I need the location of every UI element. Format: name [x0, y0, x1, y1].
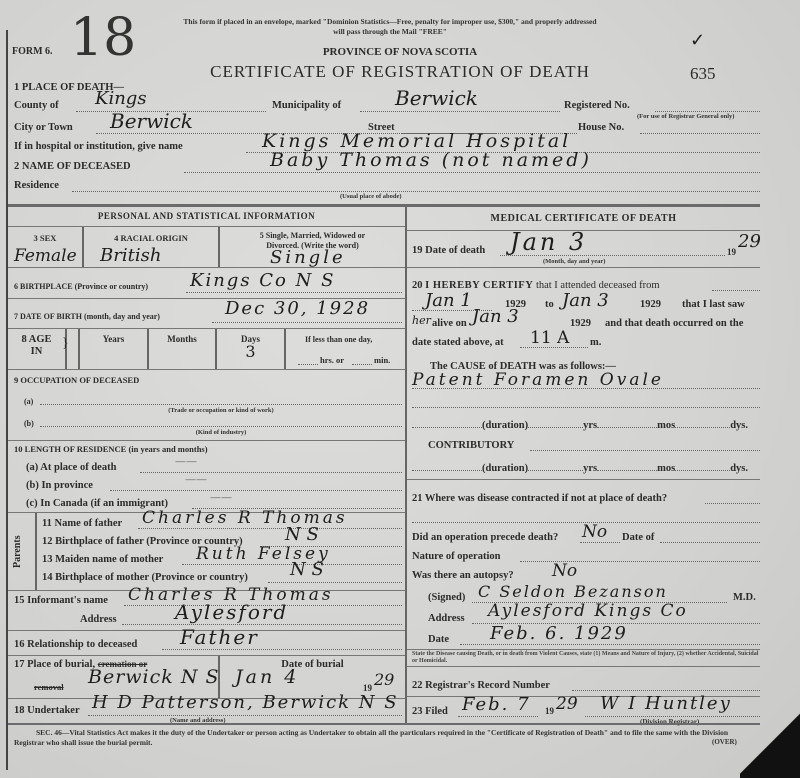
municipality-value: Berwick [395, 86, 478, 110]
date-of-birth-label: 7 DATE OF BIRTH (month, day and year) [14, 312, 160, 321]
undertaker-label: 18 Undertaker [14, 705, 80, 716]
personal-section-title: PERSONAL AND STATISTICAL INFORMATION [8, 211, 405, 221]
section-divider [8, 204, 760, 207]
operation-value: No [582, 522, 607, 542]
date-of-birth-value: Dec 30, 1928 [225, 298, 370, 319]
burial-year-value: 29 [374, 670, 394, 689]
md-label: M.D. [733, 592, 756, 603]
residence-a-label: (a) At place of death [26, 462, 116, 473]
cause-footnote: State the Disease causing Death, or in d… [412, 651, 760, 665]
father-birthplace-value: N S [285, 524, 319, 545]
registered-no-label: Registered No. [564, 100, 630, 111]
residence-a-value: —— [175, 455, 197, 468]
burial-date-value: Jan 4 [235, 666, 299, 688]
burial-place-value: Berwick N S [88, 666, 220, 688]
parents-side-label: Parents [12, 535, 23, 568]
father-name-label: 11 Name of father [42, 518, 122, 529]
mail-notice-line1: This form if placed in an envelope, mark… [110, 17, 670, 26]
informant-address-label: Address [80, 614, 117, 625]
handwritten-file-mark: 18 [70, 8, 136, 68]
occupation-a-note: (Trade or occupation or kind of work) [40, 407, 402, 414]
age-months-label: Months [149, 334, 215, 344]
mother-birthplace-value: N S [290, 559, 324, 580]
birthplace-value: Kings Co N S [190, 270, 335, 291]
contracted-label: 21 Where was disease contracted if not a… [412, 493, 667, 504]
contributory-label: CONTRIBUTORY [428, 440, 514, 451]
signed-value: C Seldon Bezanson [478, 582, 668, 601]
age-brace: } [62, 336, 69, 352]
filed-year-value: 29 [556, 694, 578, 714]
time-value: 11 A [530, 328, 569, 348]
city-label: City or Town [14, 122, 73, 133]
institution-label: If in hospital or institution, give name [14, 141, 183, 152]
age-years-label: Years [80, 334, 147, 344]
filed-label: 23 Filed [412, 706, 448, 717]
age-label-line1: 8 AGE [8, 334, 65, 345]
occupation-label: 9 OCCUPATION OF DECEASED [14, 375, 139, 385]
mother-maiden-label: 13 Maiden name of mother [42, 554, 163, 565]
death-year-value: 29 [738, 231, 761, 252]
last-alive-value: Jan 3 [472, 306, 519, 327]
age-label-line2: IN [8, 346, 65, 357]
occupation-a-label: (a) [24, 397, 33, 406]
registrar-signature: W I Huntley [600, 693, 732, 714]
racial-origin-label: 4 RACIAL ORIGIN [84, 233, 218, 243]
contributory-duration-row: (duration)yrsmosdys. [412, 463, 748, 474]
date-stated-label: date stated above, at [412, 337, 504, 348]
relationship-value: Father [180, 625, 259, 649]
residence-note: (Usual place of abode) [340, 193, 402, 200]
death-occurred-label: and that death occurred on the [605, 318, 743, 329]
city-value: Berwick [110, 109, 193, 133]
death-certificate: This form if placed in an envelope, mark… [0, 0, 800, 778]
operation-label: Did an operation precede death? [412, 532, 558, 543]
alive-on-label: alive on [432, 318, 467, 329]
residence-label: Residence [14, 180, 59, 191]
to-label: to [545, 299, 554, 310]
check-mark: ✓ [690, 30, 705, 51]
marital-value: Single [270, 247, 346, 268]
name-of-deceased-value: Baby Thomas (not named) [270, 149, 592, 171]
municipality-label: Municipality of [272, 100, 341, 111]
page-corner-shadow [740, 708, 800, 778]
house-no-label: House No. [578, 122, 624, 133]
cause-value: Patent Foramen Ovale [412, 370, 664, 390]
operation-date-label: Date of [622, 532, 654, 543]
m-label: m. [590, 337, 601, 348]
relationship-label: 16 Relationship to deceased [14, 639, 137, 650]
undertaker-value: H D Patterson, Berwick N S [92, 692, 399, 713]
footer-sec-text: SEC. 46—Vital Statistics Act makes it th… [14, 728, 748, 748]
name-of-deceased-label: 2 NAME OF DECEASED [14, 161, 131, 172]
her-value: her [412, 314, 431, 327]
filed-year-prefix: 19 [545, 706, 554, 716]
less-than-day-label: If less than one day, [305, 335, 372, 344]
residence-b-value: —— [185, 473, 207, 486]
physician-address-label: Address [428, 613, 465, 624]
physician-date-label: Date [428, 634, 449, 645]
certificate-title: CERTIFICATE OF REGISTRATION OF DEATH [150, 62, 650, 82]
informant-address-value: Aylesford [175, 600, 288, 624]
left-margin-rule [6, 30, 8, 770]
form-number: FORM 6. [12, 46, 53, 57]
informant-name-label: 15 Informant's name [14, 595, 108, 606]
registrar-record-label: 22 Registrar's Record Number [412, 680, 550, 691]
certificate-number: 635 [690, 64, 716, 84]
death-year-prefix: 19 [727, 247, 736, 257]
residence-c-value: —— [210, 491, 232, 504]
attended-from-value: Jan 1 [425, 290, 472, 311]
signed-label: (Signed) [428, 592, 465, 603]
attended-to-year: 1929 [640, 299, 661, 310]
racial-origin-value: British [100, 245, 161, 266]
birthplace-label: 6 BIRTHPLACE (Province or country) [14, 282, 148, 291]
min-label: min. [374, 355, 390, 365]
column-divider [405, 207, 407, 723]
mother-birthplace-label: 14 Birthplace of mother (Province or cou… [42, 572, 248, 583]
mail-notice-line2: will pass through the Mail "FREE" [110, 27, 670, 36]
sex-value: Female [14, 246, 77, 266]
registered-no-note: (For use of Registrar General only) [637, 113, 734, 120]
medical-section-title: MEDICAL CERTIFICATE OF DEATH [407, 213, 760, 224]
over-label: (OVER) [712, 738, 737, 746]
attended-to-value: Jan 3 [562, 290, 609, 311]
nature-of-operation-label: Nature of operation [412, 551, 500, 562]
occupation-b-note: (Kind of industry) [40, 429, 402, 436]
age-days-value: 3 [217, 342, 284, 361]
residence-length-label: 10 LENGTH OF RESIDENCE (in years and mon… [14, 444, 208, 454]
county-label: County of [14, 100, 59, 111]
last-saw-label: that I last saw [682, 299, 745, 310]
county-value: Kings [95, 88, 147, 109]
occupation-b-label: (b) [24, 419, 34, 428]
date-of-death-value: Jan 3 [510, 228, 587, 256]
residence-b-label: (b) In province [26, 480, 93, 491]
hrs-label: hrs. or [320, 355, 344, 365]
physician-address-value: Aylesford Kings Co [488, 601, 688, 621]
date-of-death-note: (Month, day and year) [543, 258, 605, 265]
duration-row: (duration)yrsmosdys. [412, 420, 748, 431]
province-title: PROVINCE OF NOVA SCOTIA [200, 46, 600, 58]
autopsy-value: No [552, 561, 577, 581]
marital-label-line1: 5 Single, Married, Widowed or [220, 231, 405, 240]
date-of-death-label: 19 Date of death [412, 245, 485, 256]
autopsy-label: Was there an autopsy? [412, 570, 514, 581]
physician-date-value: Feb. 6. 1929 [490, 623, 628, 644]
sex-label: 3 SEX [8, 233, 82, 243]
removal-struck: removal [34, 682, 64, 692]
filed-value: Feb. 7 [462, 694, 531, 715]
last-alive-year: 1929 [570, 318, 591, 329]
